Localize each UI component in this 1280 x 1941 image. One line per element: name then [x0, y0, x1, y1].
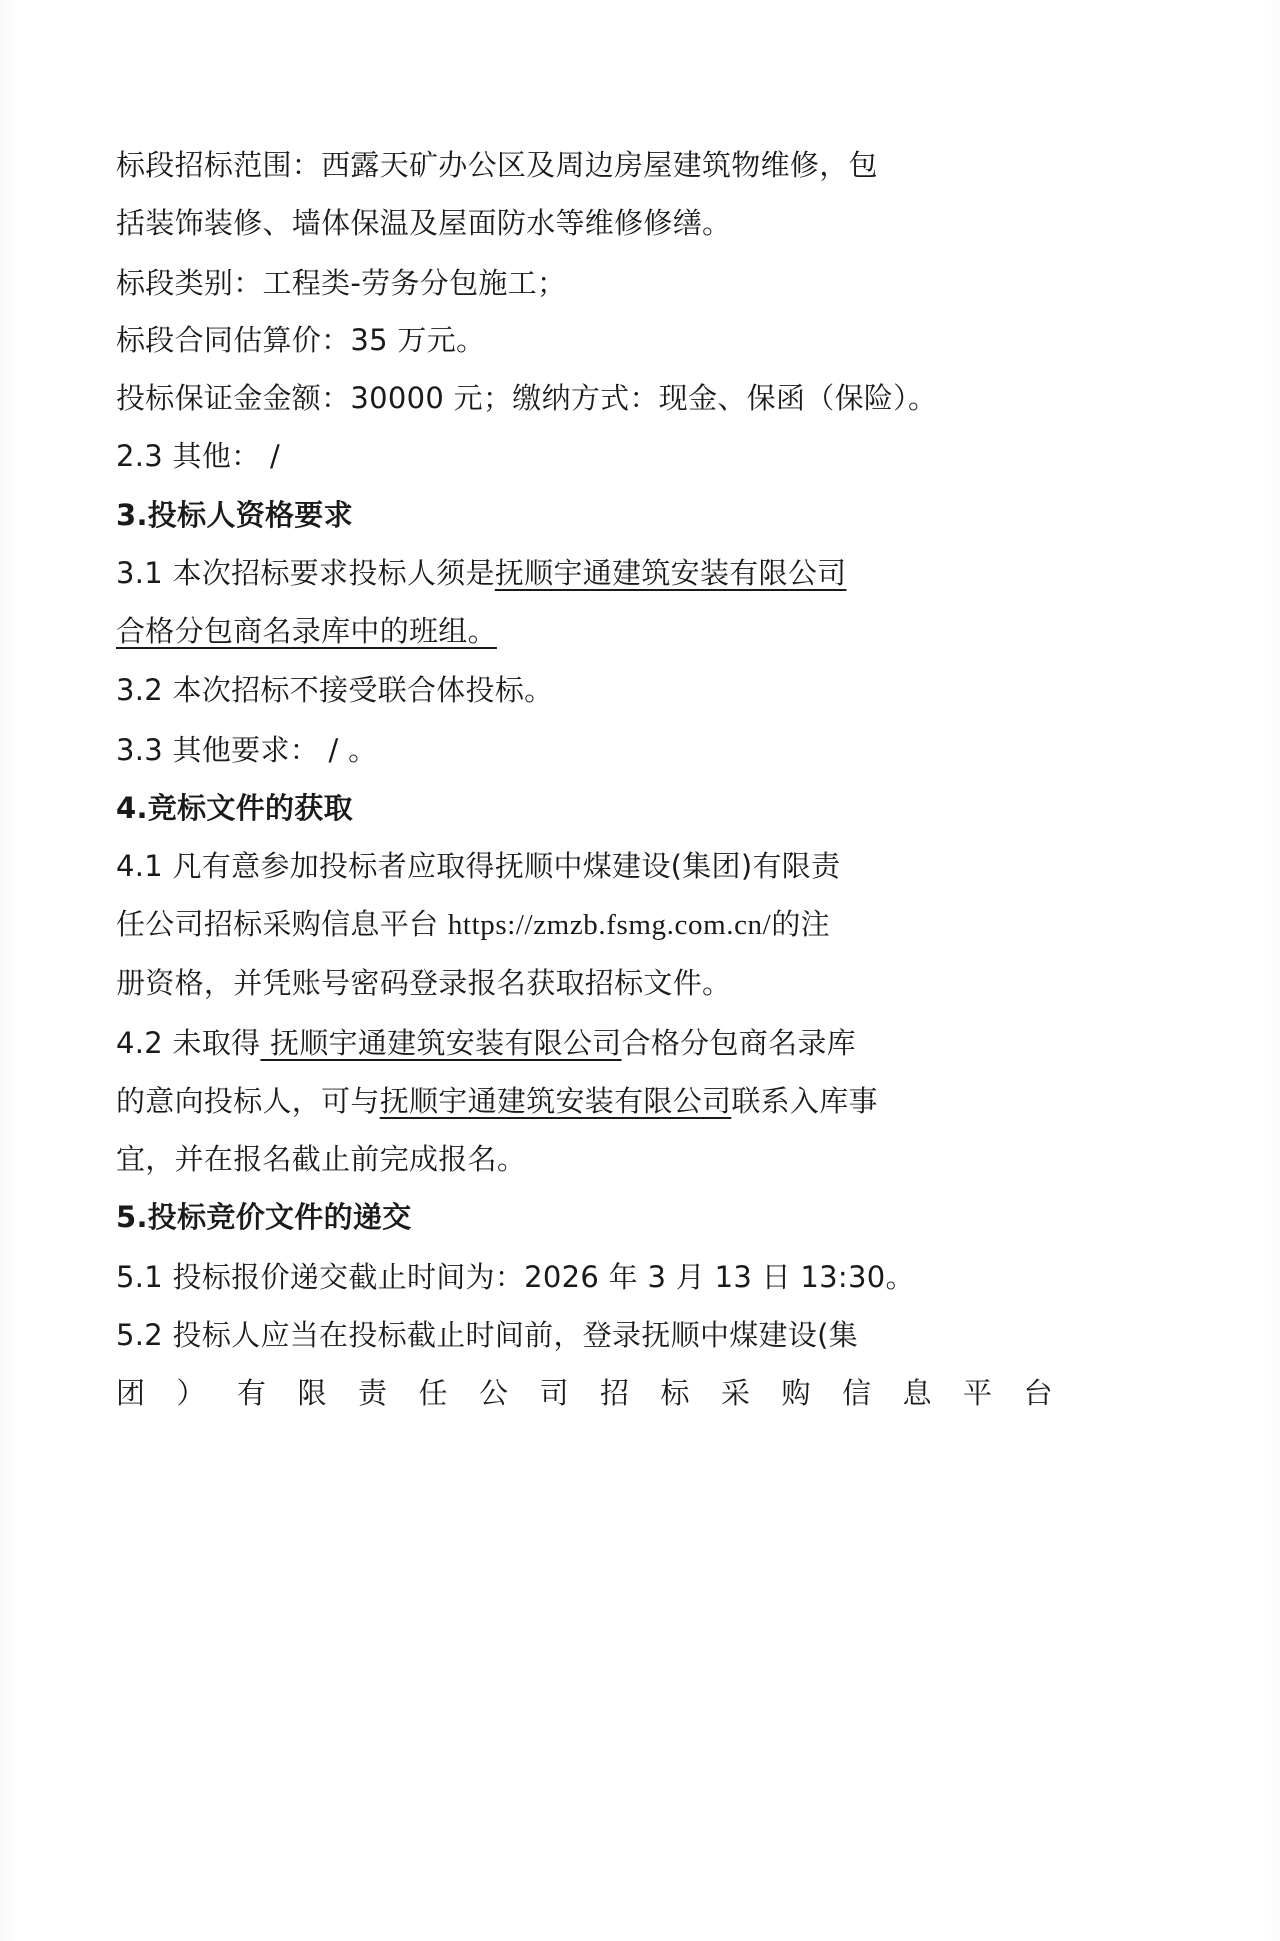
- document-line: 4.2 未取得 抚顺宇通建筑安装有限公司合格分包商名录库: [116, 1014, 876, 1072]
- document-line: 3.1 本次招标要求投标人须是抚顺宇通建筑安装有限公司: [116, 544, 876, 602]
- text-segment: 括装饰装修、墙体保温及屋面防水等维修修缮。: [116, 206, 731, 240]
- text-segment: 2.3 其他： /: [116, 439, 280, 473]
- scanned-document-page: 标段招标范围：西露天矿办公区及周边房屋建筑物维修，包括装饰装修、墙体保温及屋面防…: [0, 0, 1280, 1941]
- text-segment: 册资格，并凭账号密码登录报名获取招标文件。: [116, 966, 731, 1000]
- text-segment: 标段招标范围：西露天矿办公区及周边房屋建筑物维修，包: [116, 148, 878, 182]
- document-line: 团）有限责任公司招标采购信息平台: [116, 1364, 876, 1422]
- text-segment: 联系入库事: [731, 1084, 878, 1118]
- text-segment: 合格分包商名录库: [622, 1026, 856, 1060]
- document-line: 5.1 投标报价递交截止时间为：2026 年 3 月 13 日 13:30。: [116, 1248, 876, 1306]
- underlined-company-name: 抚顺宇通建筑安装有限公司: [380, 1084, 732, 1118]
- text-segment: 4.1 凡有意参加投标者应取得抚顺中煤建设(集团)有限责: [116, 849, 840, 883]
- text-segment: 3.1 本次招标要求投标人须是: [116, 556, 495, 590]
- text-segment: 团）有限责任公司招标采购信息平台: [116, 1376, 1084, 1410]
- text-segment: 3.2 本次招标不接受联合体投标。: [116, 673, 553, 707]
- text-segment: 宜，并在报名截止前完成报名。: [116, 1142, 526, 1176]
- section-heading: 3.投标人资格要求: [116, 498, 353, 532]
- document-line: 4.竞标文件的获取: [116, 779, 876, 837]
- text-segment: 4.2 未取得: [116, 1026, 260, 1060]
- document-line: 的意向投标人，可与抚顺宇通建筑安装有限公司联系入库事: [116, 1072, 876, 1130]
- text-segment: 3.3 其他要求： / 。: [116, 733, 377, 767]
- document-line: 标段合同估算价：35 万元。: [116, 311, 876, 369]
- document-line: 5.2 投标人应当在投标截止时间前，登录抚顺中煤建设(集: [116, 1306, 876, 1364]
- document-line: 册资格，并凭账号密码登录报名获取招标文件。: [116, 954, 876, 1012]
- document-line: 括装饰装修、墙体保温及屋面防水等维修修缮。: [116, 194, 876, 252]
- text-segment: 5.1 投标报价递交截止时间为：2026 年 3 月 13 日 13:30。: [116, 1260, 915, 1294]
- text-segment: 投标保证金金额：30000 元；缴纳方式：现金、保函（保险）。: [116, 381, 937, 415]
- text-segment: 的意向投标人，可与: [116, 1084, 380, 1118]
- document-line: 任公司招标采购信息平台 https://zmzb.fsmg.com.cn/的注: [116, 895, 876, 953]
- document-line: 标段招标范围：西露天矿办公区及周边房屋建筑物维修，包: [116, 136, 876, 194]
- underlined-company-name: 抚顺宇通建筑安装有限公司: [260, 1026, 621, 1060]
- document-line: 投标保证金金额：30000 元；缴纳方式：现金、保函（保险）。: [116, 369, 876, 427]
- document-line: 2.3 其他： /: [116, 427, 876, 485]
- document-line: 5.投标竞价文件的递交: [116, 1188, 876, 1246]
- underlined-company-name: 抚顺宇通建筑安装有限公司: [495, 556, 847, 590]
- document-line: 3.投标人资格要求: [116, 486, 876, 544]
- text-segment: 的注: [771, 907, 830, 941]
- platform-url: https://zmzb.fsmg.com.cn/: [448, 909, 771, 941]
- document-line: 3.2 本次招标不接受联合体投标。: [116, 661, 876, 719]
- document-line: 宜，并在报名截止前完成报名。: [116, 1130, 876, 1188]
- underlined-company-name: 合格分包商名录库中的班组。: [116, 614, 497, 648]
- text-segment: 5.2 投标人应当在投标截止时间前，登录抚顺中煤建设(集: [116, 1318, 858, 1352]
- document-line: 3.3 其他要求： / 。: [116, 721, 876, 779]
- document-line: 标段类别：工程类-劳务分包施工；: [116, 254, 876, 312]
- section-heading: 5.投标竞价文件的递交: [116, 1200, 412, 1234]
- section-heading: 4.竞标文件的获取: [116, 791, 353, 825]
- text-segment: 标段类别：工程类-劳务分包施工；: [116, 266, 566, 300]
- document-line: 4.1 凡有意参加投标者应取得抚顺中煤建设(集团)有限责: [116, 837, 876, 895]
- text-segment: 任公司招标采购信息平台: [116, 907, 448, 941]
- text-segment: 标段合同估算价：35 万元。: [116, 323, 485, 357]
- document-line: 合格分包商名录库中的班组。: [116, 602, 876, 660]
